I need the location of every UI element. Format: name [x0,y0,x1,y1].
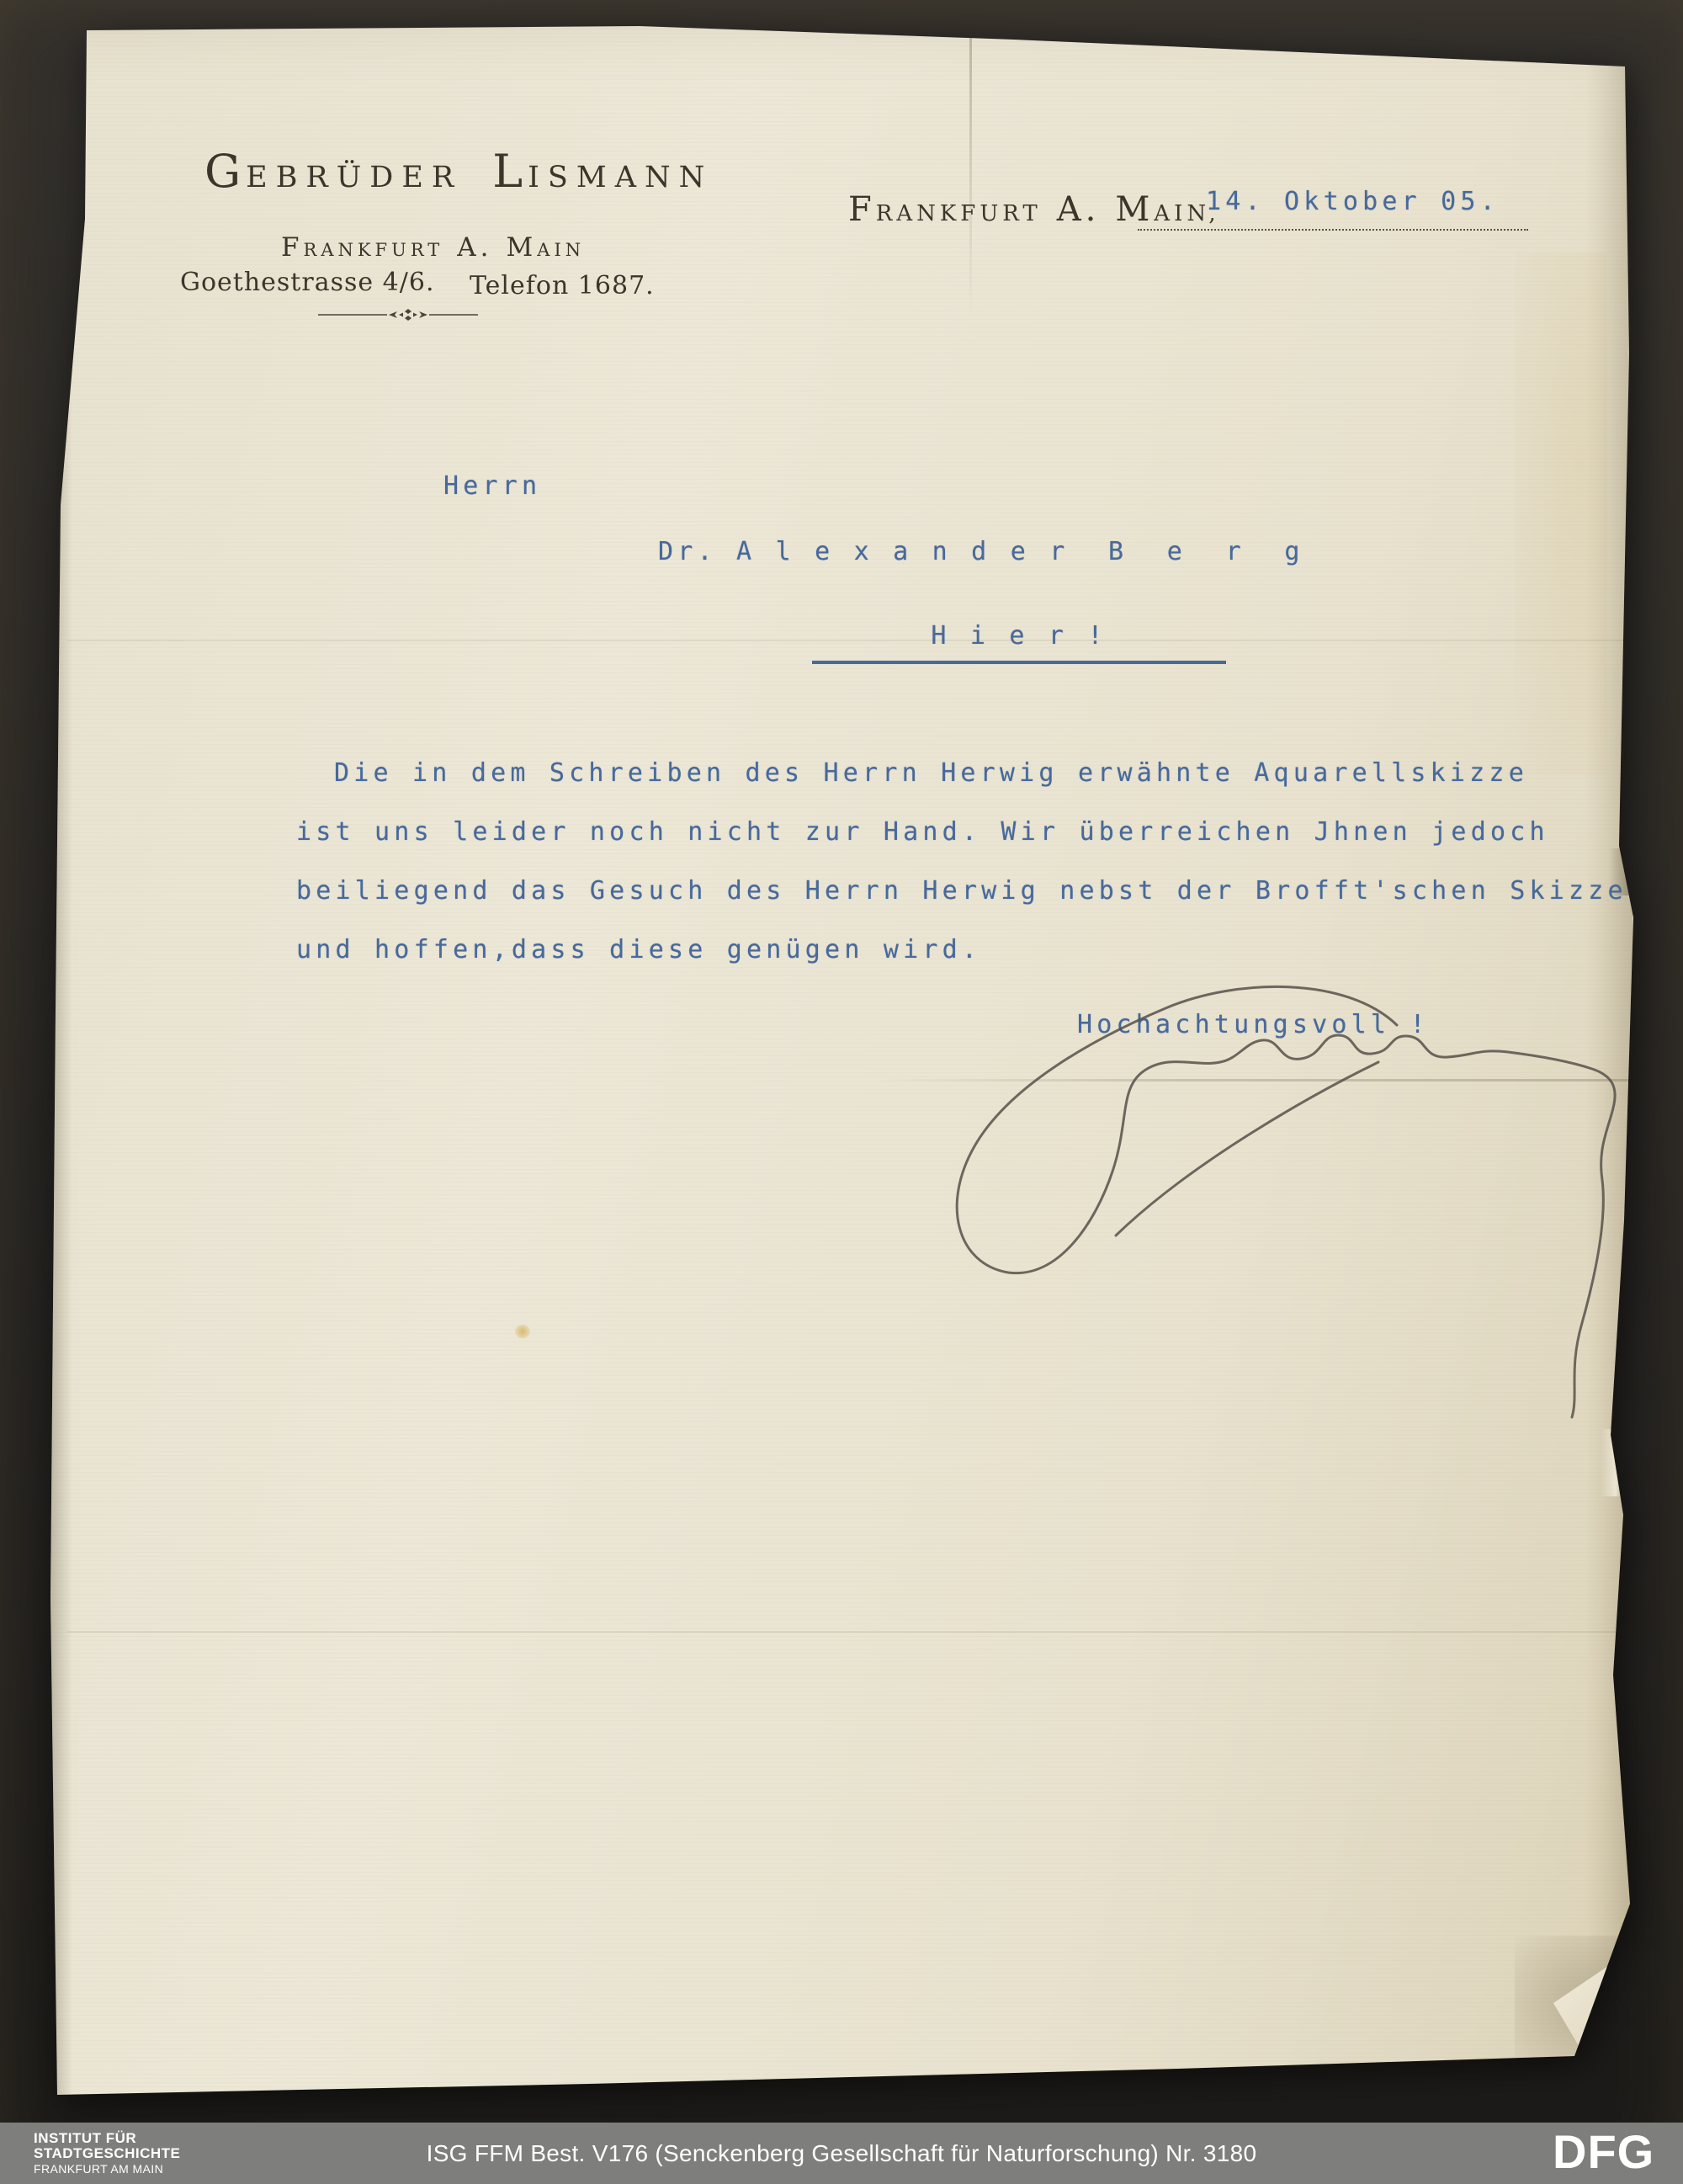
dateline-word: FRANKFURT [848,190,1042,229]
recipient-salutation: Herrn [443,471,541,501]
street-address: Goethestrasse 4/6. [180,268,435,297]
letterhead-city-line: FRANKFURTA.MAIN [281,232,598,263]
recipient-name: Dr. A l e x a n d e r B e r g [658,537,1304,566]
city-word: MAIN [507,232,586,263]
archive-footer-bar: INSTITUT FÜR STADTGESCHICHTE FRANKFURT A… [0,2123,1683,2184]
typed-date: 14. Oktober 05. [1206,187,1500,216]
body-line: ist uns leider noch nicht zur Hand. Wir … [296,817,1549,847]
company-word: GEBRÜDER [204,145,462,198]
city-word: A. [457,232,492,263]
city-word: FRANKFURT [281,232,443,263]
paper-stain [1000,27,1011,37]
dfg-logo: DFG [1553,2124,1654,2179]
paper-tear [1601,1429,1626,1496]
paper-shadow-wrap: GEBRÜDERLISMANN FRANKFURTA.MAIN Goethest… [0,0,1683,2184]
paper-crease-vertical [969,34,972,320]
body-line: und hoffen,dass diese genügen wird. [296,935,981,964]
company-word: LISMANN [492,145,713,198]
divider-ornament-icon [318,308,478,326]
paper-fold-line-middle [875,1079,1633,1081]
dateline-word: A. [1057,190,1101,229]
phone-number: Telefon 1687. [470,271,655,300]
body-line: Die in dem Schreiben des Herrn Herwig er… [334,758,1528,788]
paper-stain [1515,252,1607,774]
handwritten-signature [0,0,1683,2184]
paper-fold-line-lower [67,1631,1616,1633]
closing-valediction: Hochachtungsvoll ! [1077,1010,1430,1039]
letterhead-company: GEBRÜDERLISMANN [204,145,713,198]
paper-stain [515,1325,530,1338]
recipient-place: H i e r ! [931,621,1107,651]
scan-viewer: GEBRÜDERLISMANN FRANKFURTA.MAIN Goethest… [0,0,1683,2184]
letter-page: GEBRÜDERLISMANN FRANKFURTA.MAIN Goethest… [0,0,1683,2184]
recipient-place-underlined: H i e r ! [812,621,1226,664]
paper-edge-left [50,25,72,2096]
archive-reference: ISG FFM Best. V176 (Senckenberg Gesellsc… [0,2140,1683,2167]
body-line: beiliegend das Gesuch des Herrn Herwig n… [296,876,1627,906]
